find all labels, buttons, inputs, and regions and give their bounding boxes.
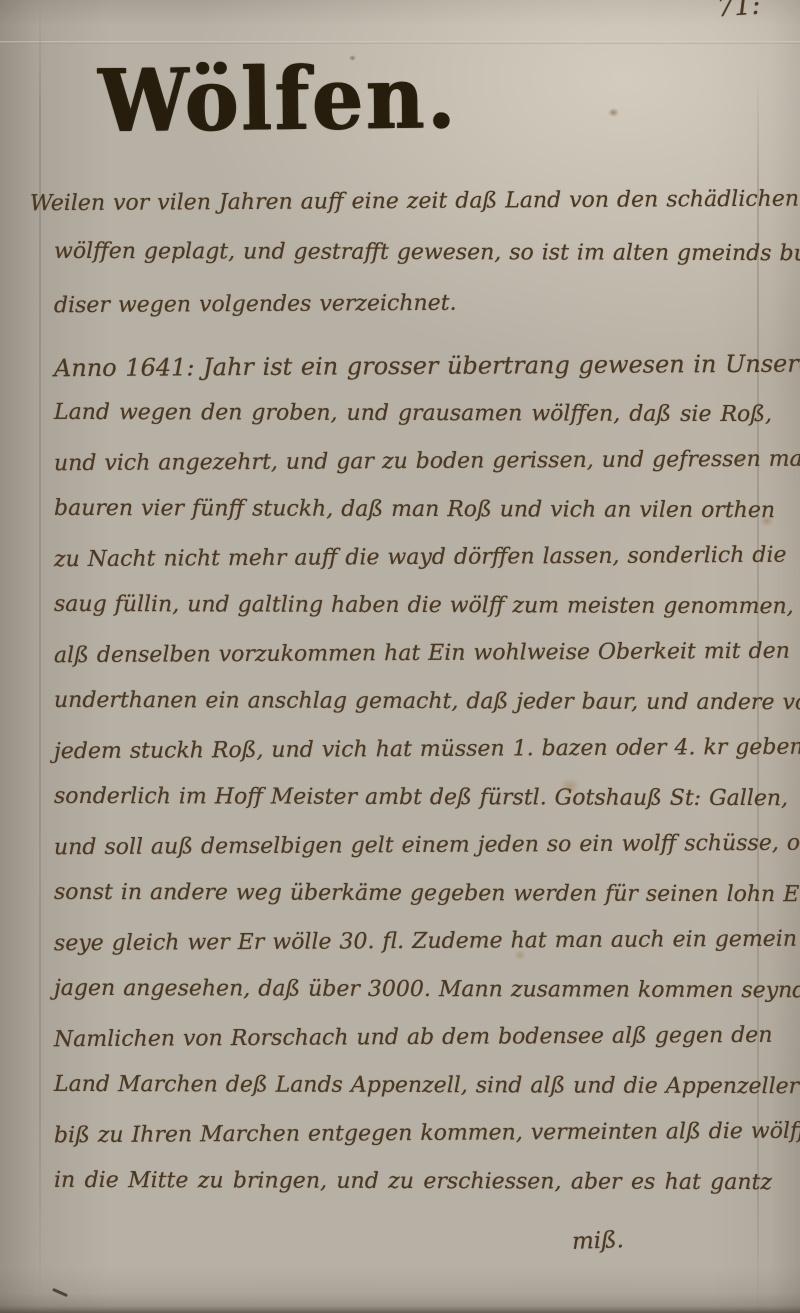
entry-line: underthanen ein anschlag gemacht, daß je… (54, 679, 772, 729)
entry-line: Anno 1641: Jahr ist ein grosser übertran… (54, 342, 772, 394)
entry-line: jedem stuckh Roß, und vich hat müssen 1.… (54, 726, 772, 778)
entry-line: Namlichen von Rorschach und ab dem boden… (54, 1014, 772, 1066)
entry-line: seye gleich wer Er wölle 30. fl. Zudeme … (54, 918, 772, 970)
entry-paragraph: Anno 1641: Jahr ist ein grosser übertran… (54, 344, 772, 1208)
entry-line: Land Marchen deß Lands Appenzell, sind a… (54, 1063, 772, 1113)
entry-line: biß zu Ihren Marchen entgegen kommen, ve… (54, 1110, 772, 1162)
entry-line: in die Mitte zu bringen, und zu erschies… (54, 1159, 772, 1209)
entry-line: saug füllin, und galtling haben die wölf… (54, 583, 772, 633)
catchword: miß. (572, 1227, 625, 1255)
intro-line: diser wegen volgendes verzeichnet. (54, 280, 772, 335)
entry-line: und vich angezehrt, und gar zu boden ger… (54, 438, 772, 490)
manuscript-page: 71: Wölfen. Weilen vor vilen Jahren auff… (0, 0, 800, 1313)
entry-line: zu Nacht nicht mehr auff die wayd dörffe… (54, 534, 772, 586)
entry-line: sonst in andere weg überkäme gegeben wer… (54, 871, 772, 921)
intro-paragraph: Weilen vor vilen Jahren auff eine zeit d… (54, 180, 772, 333)
entry-line: und soll auß demselbigen gelt einem jede… (54, 822, 772, 874)
stain (608, 108, 619, 117)
horizontal-fold-line (0, 41, 800, 44)
entry-line: alß denselben vorzukommen hat Ein wohlwe… (54, 630, 772, 682)
entry-line: bauren vier fünff stuckh, daß man Roß un… (54, 487, 772, 537)
page-number: 71: (716, 0, 762, 23)
intro-line: Weilen vor vilen Jahren auff eine zeit d… (30, 178, 772, 234)
intro-line: wölffen geplagt, und gestrafft gewesen, … (54, 230, 772, 283)
entry-line: jagen angesehen, daß über 3000. Mann zus… (54, 967, 772, 1017)
entry-line: sonderlich im Hoff Meister ambt deß fürs… (54, 775, 772, 825)
pen-mark (52, 1288, 68, 1297)
entry-line: Land wegen den groben, und grausamen wöl… (54, 391, 772, 441)
chapter-title: Wölfen. (98, 46, 458, 152)
